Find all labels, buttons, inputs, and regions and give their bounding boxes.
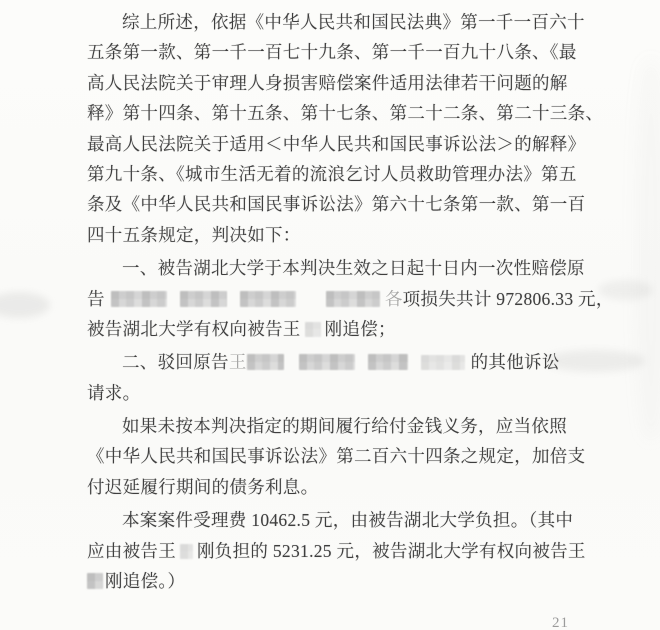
document-line: 应由被告王刚负担的 5231.25 元，被告湖北大学有权向被告王 <box>87 536 627 566</box>
redaction-block <box>180 544 193 559</box>
document-line: 五条第一款、第一千一百七十九条、第一千一百九十八条、《最 <box>87 37 627 67</box>
text-run: 最高人民法院关于适用＜中华人民共和国民事诉讼法＞的解释》 <box>87 134 585 154</box>
text-run: 条及《中华人民共和国民事诉讼法》第六十七条第一款、第一百 <box>87 194 585 214</box>
text-run: 付迟延履行期间的债务利息。 <box>87 477 318 497</box>
text-run: 如果未按本判决指定的期间履行给付金钱义务，应当依照 <box>122 416 567 436</box>
document-line: 请求。 <box>87 378 627 408</box>
document-line: 付迟延履行期间的债务利息。 <box>87 472 627 502</box>
redaction-block <box>305 322 321 337</box>
scan-smudge <box>636 60 660 440</box>
text-run: 五条第一款、第一千一百七十九条、第一千一百九十八条、《最 <box>87 42 577 62</box>
document-line: 一、被告湖北大学于本判决生效之日起十日内一次性赔偿原 <box>87 253 627 283</box>
text-run: 四十五条规定，判决如下： <box>87 225 301 245</box>
redaction-block <box>299 354 355 370</box>
redaction-block <box>180 291 227 307</box>
scan-smudge <box>0 292 50 318</box>
redaction-gap <box>355 367 368 368</box>
document-line: 刚追偿。） <box>87 566 627 596</box>
document-line: 如果未按本判决指定的期间履行给付金钱义务，应当依照 <box>87 411 627 441</box>
judgment-document-page: 综上所述，依据《中华人民共和国民法典》第一千一百六十五条第一款、第一千一百七十九… <box>0 0 660 630</box>
text-run: 应由被告王 <box>87 541 176 561</box>
document-line: 《中华人民共和国民事诉讼法》第二百六十四条之规定，加倍支 <box>87 441 627 471</box>
redaction-block <box>240 291 296 307</box>
text-run: 本案案件受理费 10462.5 元，由被告湖北大学负担。（其中 <box>122 510 573 530</box>
text-run: 二、驳回原告 <box>122 352 229 372</box>
document-line: 条及《中华人民共和国民事诉讼法》第六十七条第一款、第一百 <box>87 189 627 219</box>
partially-redacted-character: 王 <box>229 352 247 372</box>
text-run: 项损失共计 972806.33 元， <box>403 289 614 309</box>
page-number: 21 <box>552 615 569 630</box>
redaction-block <box>368 354 408 370</box>
text-run: 刚追偿； <box>325 319 396 339</box>
document-line: 被告湖北大学有权向被告王刚追偿； <box>87 314 627 344</box>
redaction-gap <box>284 367 299 368</box>
text-run: 综上所述，依据《中华人民共和国民法典》第一千一百六十 <box>122 12 585 32</box>
redaction-gap <box>167 304 180 305</box>
redaction-gap <box>227 304 240 305</box>
document-line: 综上所述，依据《中华人民共和国民法典》第一千一百六十 <box>87 7 627 37</box>
text-run: 刚追偿。） <box>105 571 185 591</box>
redaction-gap <box>105 304 111 305</box>
text-run: 《中华人民共和国民事诉讼法》第二百六十四条之规定，加倍支 <box>87 446 585 466</box>
text-run: 的其他诉讼 <box>471 352 560 372</box>
document-line: 二、驳回原告王的其他诉讼 <box>87 347 627 377</box>
document-line: 最高人民法院关于适用＜中华人民共和国民事诉讼法＞的解释》 <box>87 129 627 159</box>
redaction-block <box>247 354 284 370</box>
document-line: 释》第十四条、第十五条、第十七条、第二十二条、第二十三条、 <box>87 98 627 128</box>
text-run: 请求。 <box>87 383 140 403</box>
text-run: 被告湖北大学有权向被告王 <box>87 319 301 339</box>
document-line: 四十五条规定，判决如下： <box>87 220 627 250</box>
text-run: 告 <box>87 289 105 309</box>
text-run: 高人民法院关于审理人身损害赔偿案件适用法律若干问题的解 <box>87 73 568 93</box>
redaction-block <box>421 355 465 370</box>
text-run: 一、被告湖北大学于本判决生效之日起十日内一次性赔偿原 <box>122 258 585 278</box>
text-run: 第九十条、《城市生活无着的流浪乞讨人员救助管理办法》第五 <box>87 164 577 184</box>
redaction-block <box>87 573 103 589</box>
document-line: 高人民法院关于审理人身损害赔偿案件适用法律若干问题的解 <box>87 68 627 98</box>
document-lines: 综上所述，依据《中华人民共和国民法典》第一千一百六十五条第一款、第一千一百七十九… <box>87 7 627 596</box>
text-run: 刚负担的 5231.25 元，被告湖北大学有权向被告王 <box>197 541 586 561</box>
redaction-gap <box>296 304 326 305</box>
redaction-block <box>111 291 167 307</box>
document-line: 本案案件受理费 10462.5 元，由被告湖北大学负担。（其中 <box>87 505 627 535</box>
document-line: 第九十条、《城市生活无着的流浪乞讨人员救助管理办法》第五 <box>87 159 627 189</box>
document-line: 告各项损失共计 972806.33 元， <box>87 284 627 314</box>
text-run: 释》第十四条、第十五条、第十七条、第二十二条、第二十三条、 <box>87 103 603 123</box>
redaction-block <box>326 291 380 307</box>
redaction-gap <box>408 367 421 368</box>
partially-redacted-character: 各 <box>385 289 403 309</box>
